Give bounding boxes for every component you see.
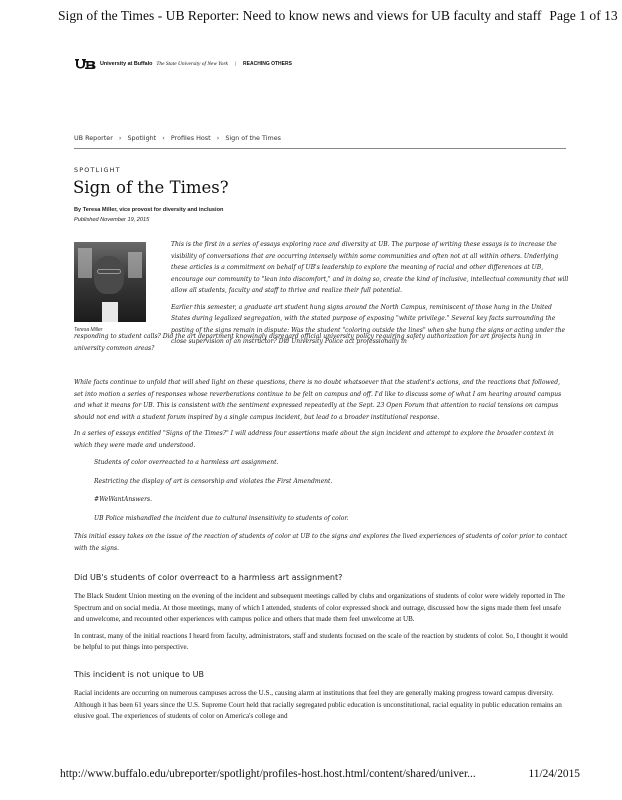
section-body: The Black Student Union meeting on the e… [74, 591, 568, 659]
intro-paragraph: While facts continue to unfold that will… [74, 377, 570, 423]
chevron-right-icon: › [217, 134, 220, 142]
page-number: Page 1 of 13 [549, 8, 617, 24]
breadcrumb-item-spotlight[interactable]: Spotlight [128, 134, 157, 142]
body-paragraph: Racial incidents are occurring on numero… [74, 688, 568, 723]
section-kicker: SPOTLIGHT [74, 166, 121, 174]
breadcrumb: UB Reporter › Spotlight › Profiles Host … [74, 134, 566, 149]
print-header: Sign of the Times - UB Reporter: Need to… [58, 8, 578, 24]
section-body: Racial incidents are occurring on numero… [74, 688, 568, 728]
body-paragraph: The Black Student Union meeting on the e… [74, 591, 568, 626]
intro-wide-text: While facts continue to unfold that will… [74, 377, 570, 560]
print-footer: http://www.buffalo.edu/ubreporter/spotli… [60, 768, 580, 780]
intro-paragraph: In a series of essays entitled "Signs of… [74, 428, 570, 451]
assertion-item: Restricting the display of art is censor… [94, 476, 570, 488]
suny-name: The State University of New York [156, 61, 228, 67]
byline: By Teresa Miller, vice provost for diver… [74, 207, 223, 213]
ub-logo-icon [74, 58, 96, 69]
section-heading: Did UB's students of color overreact to … [74, 573, 342, 582]
intro-paragraph: This is the first in a series of essays … [171, 239, 569, 297]
logo-bar[interactable]: University at Buffalo The State Universi… [74, 58, 292, 69]
closing-intro: This initial essay takes on the issue of… [74, 531, 570, 554]
print-date: 11/24/2015 [529, 768, 580, 780]
logo-separator: | [235, 61, 236, 67]
breadcrumb-item-current: Sign of the Times [225, 134, 281, 142]
intro-continued: responding to student calls? Did the art… [74, 331, 570, 359]
author-photo [74, 242, 146, 322]
breadcrumb-item-profiles-host[interactable]: Profiles Host [171, 134, 211, 142]
university-name: University at Buffalo [100, 61, 152, 67]
assertion-item: UB Police mishandled the incident due to… [94, 513, 570, 525]
assertion-item: Students of color overreacted to a harml… [94, 457, 570, 469]
page-title: Sign of the Times? [73, 178, 229, 197]
page-url: http://www.buffalo.edu/ubreporter/spotli… [60, 768, 476, 780]
published-date: Published November 19, 2015 [74, 217, 149, 223]
body-paragraph: In contrast, many of the initial reactio… [74, 631, 568, 654]
chevron-right-icon: › [119, 134, 122, 142]
intro-paragraph: responding to student calls? Did the art… [74, 331, 570, 354]
chevron-right-icon: › [162, 134, 165, 142]
assertion-item: #WeWantAnswers. [94, 494, 570, 506]
section-heading: This incident is not unique to UB [74, 670, 204, 679]
print-header-title: Sign of the Times - UB Reporter: Need to… [58, 8, 541, 24]
assertions-list: Students of color overreacted to a harml… [74, 457, 570, 524]
tagline: REACHING OTHERS [243, 61, 292, 67]
breadcrumb-item-ub-reporter[interactable]: UB Reporter [74, 134, 113, 142]
